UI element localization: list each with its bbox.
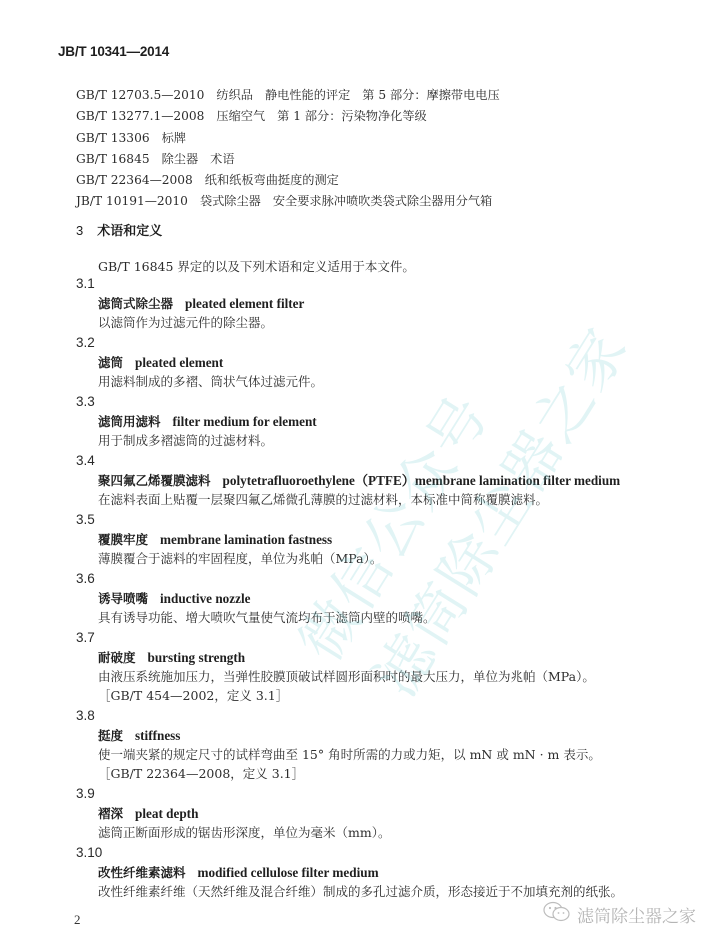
term-title: 改性纤维素滤料modified cellulose filter medium (76, 863, 696, 882)
term-title: 诱导喷嘴inductive nozzle (76, 589, 696, 608)
term-entry: 3.5 覆膜牢度membrane lamination fastness 薄膜覆… (76, 510, 696, 568)
term-title: 耐破度bursting strength (76, 648, 696, 667)
reference-item: JB/T 10191—2010袋式除尘器安全要求脉冲喷吹类袋式除尘器用分气箱 (76, 191, 512, 212)
reference-title-part: 纺织品 (216, 88, 253, 102)
reference-code: JB/T 10191—2010 (76, 191, 188, 212)
reference-title-part: 压缩空气 (216, 109, 265, 123)
term-definition: 用于制成多褶滤筒的过滤材料。 (76, 431, 696, 450)
term-number: 3.5 (76, 510, 696, 530)
term-zh: 覆膜牢度 (98, 532, 148, 547)
term-title: 聚四氟乙烯覆膜滤料polytetrafluoroethylene（PTFE）me… (76, 471, 696, 490)
term-definition: 具有诱导功能、增大喷吹气量使气流均布于滤筒内壁的喷嘴。 (76, 608, 696, 627)
term-zh: 褶深 (98, 806, 123, 821)
term-en: stiffness (135, 728, 180, 743)
reference-item: GB/T 13306标牌 (76, 128, 512, 149)
document-code-text: JB/T 10341—2014 (58, 44, 169, 59)
term-title: 褶深pleat depth (76, 804, 696, 823)
term-definition: 滤筒正断面形成的锯齿形深度，单位为毫米（mm）。 (76, 823, 696, 842)
normative-references: GB/T 12703.5—2010纺织品静电性能的评定第 5 部分：摩擦带电电压… (76, 85, 512, 213)
term-en: bursting strength (148, 650, 246, 665)
term-zh: 滤筒式除尘器 (98, 296, 173, 311)
reference-title-part: 安全要求脉冲喷吹类袋式除尘器用分气箱 (273, 194, 492, 208)
term-en: filter medium for element (173, 414, 317, 429)
section-number: 3 (76, 223, 83, 238)
section-heading: 3术语和定义 (76, 220, 162, 239)
term-entry: 3.8 挺度stiffness 使一端夹紧的规定尺寸的试样弯曲至 15° 角时所… (76, 706, 696, 783)
reference-title-part: 静电性能的评定 (265, 88, 350, 102)
reference-title-part: 标牌 (162, 131, 186, 145)
term-title: 挺度stiffness (76, 726, 696, 745)
term-zh: 滤筒 (98, 355, 123, 370)
term-en: modified cellulose filter medium (198, 865, 379, 880)
term-number: 3.10 (76, 843, 696, 863)
term-entry: 3.10 改性纤维素滤料modified cellulose filter me… (76, 843, 696, 901)
reference-title-part: 纸和纸板弯曲挺度的测定 (205, 173, 339, 187)
term-zh: 改性纤维素滤料 (98, 865, 186, 880)
section-title: 术语和定义 (97, 224, 162, 239)
term-zh: 耐破度 (98, 650, 136, 665)
term-definition: 使一端夹紧的规定尺寸的试样弯曲至 15° 角时所需的力或力矩，以 mN 或 mN… (76, 745, 696, 764)
term-number: 3.2 (76, 333, 696, 353)
term-zh: 诱导喷嘴 (98, 591, 148, 606)
term-en: pleat depth (135, 806, 198, 821)
document-page: JB/T 10341—2014 GB/T 12703.5—2010纺织品静电性能… (0, 0, 720, 941)
term-en: pleated element (135, 355, 223, 370)
wechat-icon (543, 901, 577, 928)
term-source: ［GB/T 22364—2008，定义 3.1］ (76, 764, 696, 783)
term-number: 3.3 (76, 392, 696, 412)
term-number: 3.1 (76, 274, 696, 294)
term-definition: 由液压系统施加压力，当弹性胶膜顶破试样圆形面积时的最大压力，单位为兆帕（MPa）… (76, 667, 696, 686)
brand-badge: 滤筒除尘器之家 (543, 901, 696, 928)
term-definition: 以滤筒作为过滤元件的除尘器。 (76, 313, 696, 332)
term-zh: 聚四氟乙烯覆膜滤料 (98, 473, 211, 488)
reference-code: GB/T 13277.1—2008 (76, 106, 204, 127)
term-entry: 3.7 耐破度bursting strength 由液压系统施加压力，当弹性胶膜… (76, 628, 696, 705)
term-definition: 用滤料制成的多褶、筒状气体过滤元件。 (76, 372, 696, 391)
reference-code: GB/T 12703.5—2010 (76, 85, 204, 106)
terms-list: 3.1 滤筒式除尘器pleated element filter 以滤筒作为过滤… (76, 273, 696, 901)
term-definition: 薄膜覆合于滤料的牢固程度，单位为兆帕（MPa）。 (76, 549, 696, 568)
reference-item: GB/T 12703.5—2010纺织品静电性能的评定第 5 部分：摩擦带电电压 (76, 85, 512, 106)
term-number: 3.8 (76, 706, 696, 726)
document-code: JB/T 10341—2014 (58, 44, 169, 59)
term-entry: 3.1 滤筒式除尘器pleated element filter 以滤筒作为过滤… (76, 274, 696, 332)
reference-item: GB/T 13277.1—2008压缩空气第 1 部分：污染物净化等级 (76, 106, 512, 127)
reference-title-part: 第 5 部分：摩擦带电电压 (362, 88, 499, 102)
reference-title-part: 术语 (210, 152, 234, 166)
term-entry: 3.6 诱导喷嘴inductive nozzle 具有诱导功能、增大喷吹气量使气… (76, 569, 696, 627)
reference-title-part: 第 1 部分：污染物净化等级 (277, 109, 427, 123)
term-number: 3.4 (76, 451, 696, 471)
term-number: 3.6 (76, 569, 696, 589)
term-entry: 3.3 滤筒用滤料filter medium for element 用于制成多… (76, 392, 696, 450)
term-title: 滤筒用滤料filter medium for element (76, 412, 696, 431)
term-source: ［GB/T 454—2002，定义 3.1］ (76, 686, 696, 705)
page-number: 2 (74, 912, 81, 928)
reference-code: GB/T 22364—2008 (76, 170, 193, 191)
term-title: 覆膜牢度membrane lamination fastness (76, 530, 696, 549)
reference-code: GB/T 13306 (76, 128, 150, 149)
term-en: inductive nozzle (160, 591, 250, 606)
reference-title-part: 袋式除尘器 (200, 194, 261, 208)
reference-item: GB/T 22364—2008纸和纸板弯曲挺度的测定 (76, 170, 512, 191)
term-en: membrane lamination fastness (160, 532, 332, 547)
term-entry: 3.4 聚四氟乙烯覆膜滤料polytetrafluoroethylene（PTF… (76, 451, 696, 509)
brand-text: 滤筒除尘器之家 (577, 902, 696, 927)
reference-item: GB/T 16845除尘器术语 (76, 149, 512, 170)
term-title: 滤筒pleated element (76, 353, 696, 372)
term-entry: 3.9 褶深pleat depth 滤筒正断面形成的锯齿形深度，单位为毫米（mm… (76, 784, 696, 842)
term-number: 3.7 (76, 628, 696, 648)
term-en: polytetrafluoroethylene（PTFE）membrane la… (223, 473, 621, 488)
term-number: 3.9 (76, 784, 696, 804)
term-zh: 挺度 (98, 728, 123, 743)
reference-code: GB/T 16845 (76, 149, 150, 170)
term-en: pleated element filter (185, 296, 304, 311)
term-zh: 滤筒用滤料 (98, 414, 161, 429)
term-title: 滤筒式除尘器pleated element filter (76, 294, 696, 313)
term-entry: 3.2 滤筒pleated element 用滤料制成的多褶、筒状气体过滤元件。 (76, 333, 696, 391)
reference-title-part: 除尘器 (162, 152, 199, 166)
term-definition: 改性纤维素纤维（天然纤维及混合纤维）制成的多孔过滤介质，形态接近于不加填充剂的纸… (76, 882, 696, 901)
term-definition: 在滤料表面上贴覆一层聚四氟乙烯微孔薄膜的过滤材料，本标准中简称覆膜滤料。 (76, 490, 696, 509)
